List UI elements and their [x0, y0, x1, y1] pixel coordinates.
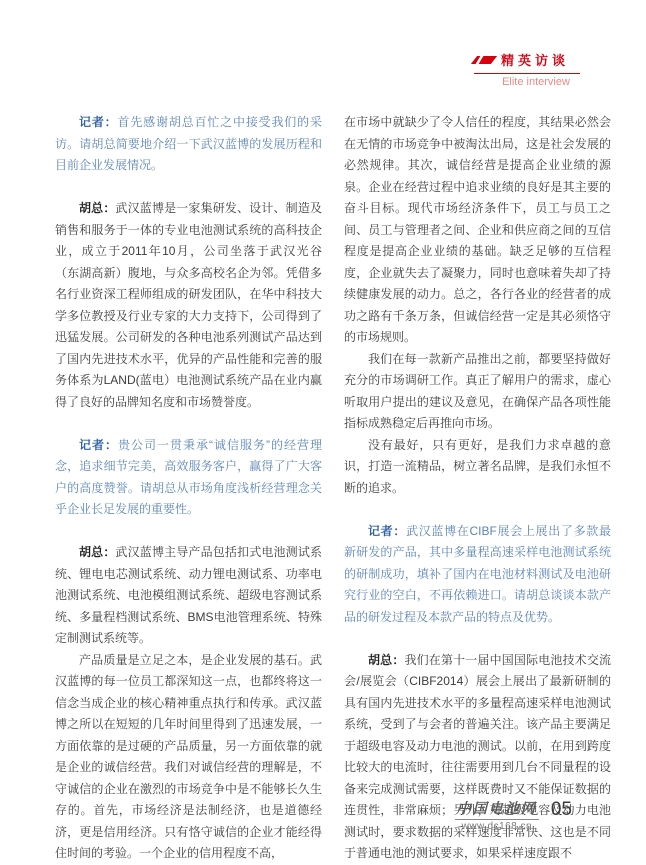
- answer-paragraph: 胡总：武汉蓝博是一家集研发、设计、制造及销售和服务于一体的专业电池测试系统的高科…: [55, 198, 322, 413]
- section-subtitle: Elite interview: [474, 76, 580, 88]
- right-column: 在市场中就缺少了令人信任的程度，其结果必然会在无情的市场竞争中被淘汰出局，这是社…: [344, 112, 611, 865]
- paragraph-text: 在市场中就缺少了令人信任的程度，其结果必然会在无情的市场竞争中被淘汰出局，这是社…: [344, 115, 611, 344]
- paragraph-text: 武汉蓝博主导产品包括扣式电池测试系统、锂电电芯测试系统、动力锂电测试系、功率电池…: [55, 545, 322, 645]
- article-body: 记者：首先感谢胡总百忙之中接受我们的采访。请胡总简要地介绍一下武汉蓝博的发展历程…: [55, 112, 612, 865]
- site-url: www.dc168.cn: [455, 821, 539, 832]
- speaker-label: 胡总：: [79, 545, 115, 559]
- page-footer: 中国电池网 www.dc168.cn 05: [455, 798, 572, 832]
- speaker-label: 记者：: [79, 438, 118, 452]
- answer-paragraph: 产品质量是立足之本，是企业发展的基石。武汉蓝博的每一位员工都深知这一点，也都终将…: [55, 650, 322, 865]
- section-title: 精英访谈: [501, 50, 569, 69]
- interviewer-paragraph: 记者：首先感谢胡总百忙之中接受我们的采访。请胡总简要地介绍一下武汉蓝博的发展历程…: [55, 112, 322, 177]
- left-column: 记者：首先感谢胡总百忙之中接受我们的采访。请胡总简要地介绍一下武汉蓝博的发展历程…: [55, 112, 322, 865]
- speaker-label: 胡总：: [368, 653, 404, 667]
- site-name-logo: 中国电池网: [455, 798, 539, 820]
- paragraph-text: 武汉蓝博是一家集研发、设计、制造及销售和服务于一体的专业电池测试系统的高科技企业…: [55, 201, 322, 409]
- page-number: 05: [551, 800, 572, 819]
- interviewer-paragraph: 记者：武汉蓝博在CIBF展会上展出了多款最新研发的产品，其中多量程高速采样电池测…: [344, 521, 611, 629]
- interviewer-paragraph: 记者：贵公司一贯秉承“诚信服务”的经营理念，追求细节完美，高效服务客户，赢得了广…: [55, 435, 322, 521]
- magazine-page: 精英访谈 Elite interview 记者：首先感谢胡总百忙之中接受我们的采…: [0, 0, 646, 865]
- answer-paragraph: 在市场中就缺少了令人信任的程度，其结果必然会在无情的市场竞争中被淘汰出局，这是社…: [344, 112, 611, 349]
- section-header: 精英访谈 Elite interview: [474, 50, 580, 88]
- section-header-rule: 精英访谈: [474, 50, 580, 74]
- speaker-label: 胡总：: [79, 201, 115, 215]
- flag-icon: [471, 56, 497, 64]
- answer-paragraph: 胡总：我们在第十一届中国国际电池技术交流会/展览会（CIBF2014）展会上展出…: [344, 650, 611, 865]
- paragraph-text: 我们在每一款新产品推出之前，都要坚持做好充分的市场调研工作。真正了解用户的需求，…: [344, 352, 611, 431]
- answer-paragraph: 我们在每一款新产品推出之前，都要坚持做好充分的市场调研工作。真正了解用户的需求，…: [344, 349, 611, 435]
- paragraph-text: 没有最好，只有更好，是我们力求卓越的意识，打造一流精品，树立著名品牌，是我们永恒…: [344, 438, 611, 495]
- paragraph-text: 武汉蓝博在CIBF展会上展出了多款最新研发的产品，其中多量程高速采样电池测试系统…: [344, 524, 611, 624]
- speaker-label: 记者：: [368, 524, 406, 538]
- speaker-label: 记者：: [79, 115, 118, 129]
- answer-paragraph: 胡总：武汉蓝博主导产品包括扣式电池测试系统、锂电电芯测试系统、动力锂电测试系、功…: [55, 542, 322, 650]
- paragraph-text: 产品质量是立足之本，是企业发展的基石。武汉蓝博的每一位员工都深知这一点，也都终将…: [55, 653, 322, 861]
- site-block: 中国电池网 www.dc168.cn: [455, 798, 539, 832]
- answer-paragraph: 没有最好，只有更好，是我们力求卓越的意识，打造一流精品，树立著名品牌，是我们永恒…: [344, 435, 611, 500]
